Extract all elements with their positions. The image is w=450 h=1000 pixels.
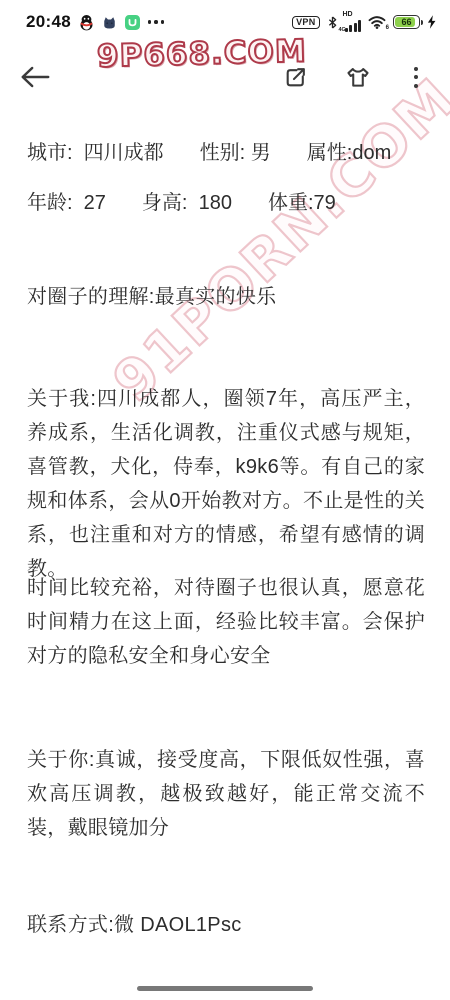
cellular-signal-icon: HD 4G [345, 12, 362, 32]
app-notification-icon [102, 15, 117, 30]
bluetooth-icon [327, 15, 338, 30]
about-me-paragraph: 关于我:四川成都人，圈领7年，高压严主，养成系，生活化调教，注重仪式感与规矩，喜… [27, 382, 425, 586]
about-you-paragraph: 关于你:真诚，接受度高，下限低奴性强，喜欢高压调教，越极致越好，能正常交流不装，… [27, 743, 425, 845]
understanding-paragraph: 对圈子的理解:最真实的快乐 [27, 280, 425, 314]
more-notifications-icon [148, 20, 165, 24]
home-indicator-bar[interactable] [137, 986, 313, 991]
battery-percent: 66 [401, 17, 411, 27]
status-bar: 20:48 VPN [0, 0, 450, 40]
diagonal-watermark: 91PORN.COM [100, 65, 450, 415]
role-field: 属性:dom [307, 136, 391, 165]
city-field: 城市: 四川成都 [27, 136, 164, 165]
battery-icon: 66 [393, 15, 420, 29]
wifi6-label: 6 [386, 25, 389, 31]
clock: 20:48 [26, 12, 71, 32]
network-type-label: 4G [339, 27, 346, 33]
age-field: 年龄: 27 [27, 186, 106, 215]
weight-field: 体重:79 [268, 186, 336, 215]
overflow-menu-icon[interactable] [408, 65, 424, 90]
vpn-status-icon: VPN [292, 16, 319, 29]
tshirt-icon[interactable] [345, 64, 371, 90]
wifi-icon: 6 [368, 15, 386, 29]
mi-fitness-notification-icon [125, 15, 140, 30]
back-button[interactable] [18, 63, 52, 91]
availability-paragraph: 时间比较充裕，对待圈子也很认真，愿意花时间精力在这上面，经验比较丰富。会保护对方… [27, 571, 425, 673]
gender-field: 性别: 男 [200, 136, 271, 165]
info-row-body: 年龄: 27 身高: 180 体重:79 [27, 186, 425, 215]
site-watermark-logo: 9P668.COM [97, 33, 308, 74]
volte-hd-label: HD [343, 11, 353, 18]
height-field: 身高: 180 [142, 186, 232, 215]
charging-bolt-icon [427, 15, 436, 29]
contact-paragraph: 联系方式:微 DAOL1Psc [27, 908, 425, 942]
qq-notification-icon [79, 14, 94, 31]
info-row-basic: 城市: 四川成都 性别: 男 属性:dom [27, 136, 425, 165]
